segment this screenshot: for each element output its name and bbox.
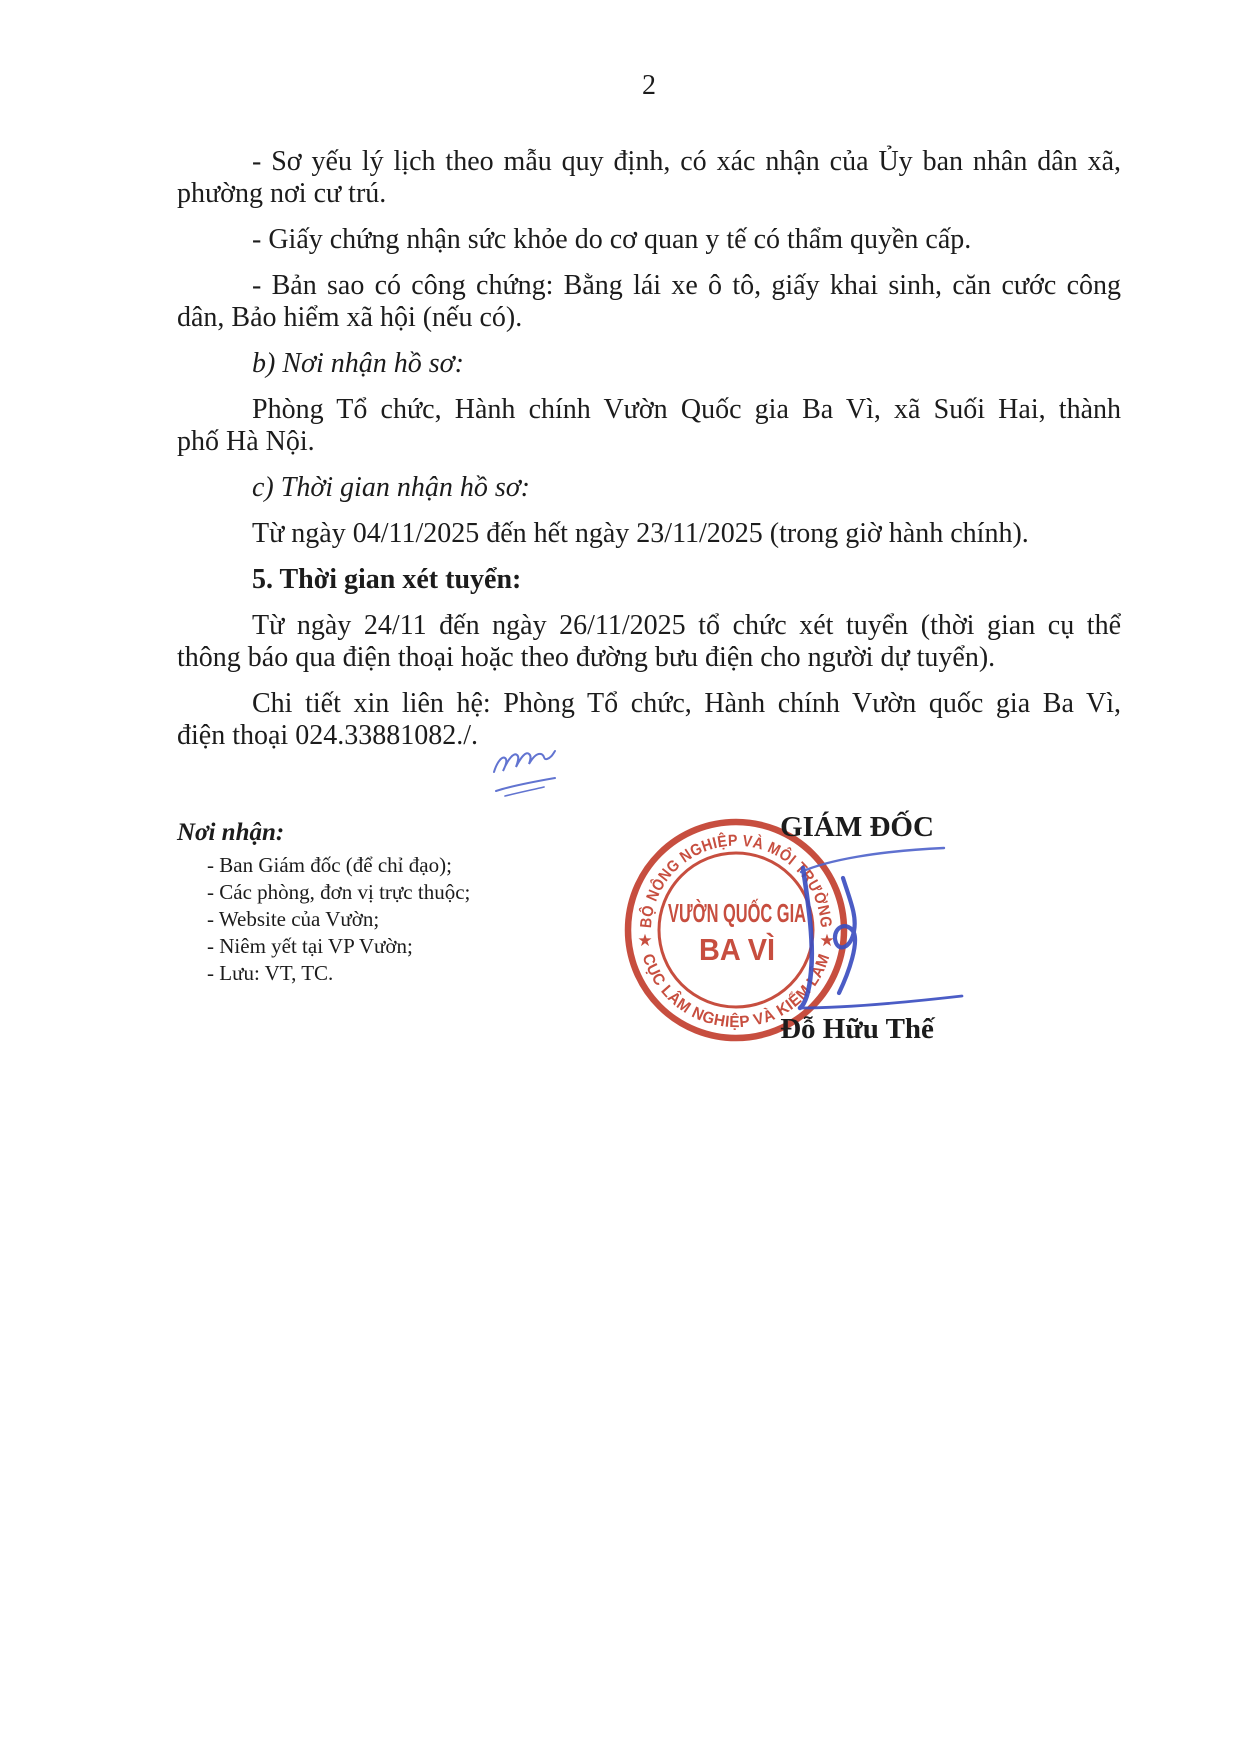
paragraph: Chi tiết xin liên hệ: Phòng Tổ chức, Hàn… xyxy=(177,688,1121,752)
recipient-item: - Lưu: VT, TC. xyxy=(207,960,597,987)
paragraph: Từ ngày 04/11/2025 đến hết ngày 23/11/20… xyxy=(177,518,1121,550)
recipients-block: Nơi nhận: - Ban Giám đốc (để chỉ đạo);- … xyxy=(177,818,597,987)
paragraph-line: thông báo qua điện thoại hoặc theo đường… xyxy=(177,642,1121,674)
paragraph-line: Phòng Tổ chức, Hành chính Vườn Quốc gia … xyxy=(177,394,1121,426)
stamp-center-line2: BA VÌ xyxy=(699,932,775,967)
recipient-item: - Ban Giám đốc (để chỉ đạo); xyxy=(207,852,597,879)
stamp-left-star-icon: ★ xyxy=(637,931,652,951)
stamp-right-star-icon: ★ xyxy=(819,931,834,951)
stamp-top-arc-text: BỘ NÔNG NGHIỆP VÀ MÔI TRƯỜNG xyxy=(637,831,834,929)
paragraph-line: - Bản sao có công chứng: Bằng lái xe ô t… xyxy=(177,270,1121,302)
paragraph: Từ ngày 24/11 đến ngày 26/11/2025 tổ chứ… xyxy=(177,610,1121,674)
paragraph: - Bản sao có công chứng: Bằng lái xe ô t… xyxy=(177,270,1121,334)
paragraph-line: c) Thời gian nhận hồ sơ: xyxy=(177,472,1121,504)
paragraph: c) Thời gian nhận hồ sơ: xyxy=(177,472,1121,504)
paragraph-line: Chi tiết xin liên hệ: Phòng Tổ chức, Hàn… xyxy=(177,688,1121,720)
document-page: { "page": { "number": "2" }, "document":… xyxy=(0,0,1241,1755)
paragraph-line: phố Hà Nội. xyxy=(177,426,1121,458)
recipient-item: - Niêm yết tại VP Vườn; xyxy=(207,933,597,960)
paragraph: - Giấy chứng nhận sức khỏe do cơ quan y … xyxy=(177,224,1121,256)
recipient-item: - Website của Vườn; xyxy=(207,906,597,933)
recipients-list: - Ban Giám đốc (để chỉ đạo);- Các phòng,… xyxy=(207,852,597,987)
document-body: - Sơ yếu lý lịch theo mẫu quy định, có x… xyxy=(177,146,1121,766)
paragraph: b) Nơi nhận hồ sơ: xyxy=(177,348,1121,380)
paragraph-line: Từ ngày 04/11/2025 đến hết ngày 23/11/20… xyxy=(177,518,1121,550)
paragraph-line: Từ ngày 24/11 đến ngày 26/11/2025 tổ chứ… xyxy=(177,610,1121,642)
recipients-header: Nơi nhận: xyxy=(177,818,597,848)
paragraph-line: điện thoại 024.33881082./. xyxy=(177,720,1121,752)
director-signature xyxy=(800,848,962,1008)
official-stamp: BỘ NÔNG NGHIỆP VÀ MÔI TRƯỜNG CỤC LÂM NGH… xyxy=(628,822,844,1038)
recipient-item: - Các phòng, đơn vị trực thuộc; xyxy=(207,879,597,906)
stamp-center-line1: VƯỜN QUỐC GIA xyxy=(668,898,806,928)
paragraph: Phòng Tổ chức, Hành chính Vườn Quốc gia … xyxy=(177,394,1121,458)
stamp-inner-ring xyxy=(659,853,813,1007)
paragraph: - Sơ yếu lý lịch theo mẫu quy định, có x… xyxy=(177,146,1121,210)
stamp-outer-ring xyxy=(628,822,844,1038)
page-number: 2 xyxy=(177,70,1121,102)
paragraph-line: - Sơ yếu lý lịch theo mẫu quy định, có x… xyxy=(177,146,1121,178)
signer-title: GIÁM ĐỐC xyxy=(707,812,1007,842)
paragraph-line: - Giấy chứng nhận sức khỏe do cơ quan y … xyxy=(177,224,1121,256)
signer-name: Đỗ Hữu Thế xyxy=(707,1013,1007,1045)
paragraph-line: 5. Thời gian xét tuyển: xyxy=(177,564,1121,596)
paragraph: 5. Thời gian xét tuyển: xyxy=(177,564,1121,596)
paragraph-line: b) Nơi nhận hồ sơ: xyxy=(177,348,1121,380)
paragraph-line: phường nơi cư trú. xyxy=(177,178,1121,210)
paragraph-line: dân, Bảo hiểm xã hội (nếu có). xyxy=(177,302,1121,334)
